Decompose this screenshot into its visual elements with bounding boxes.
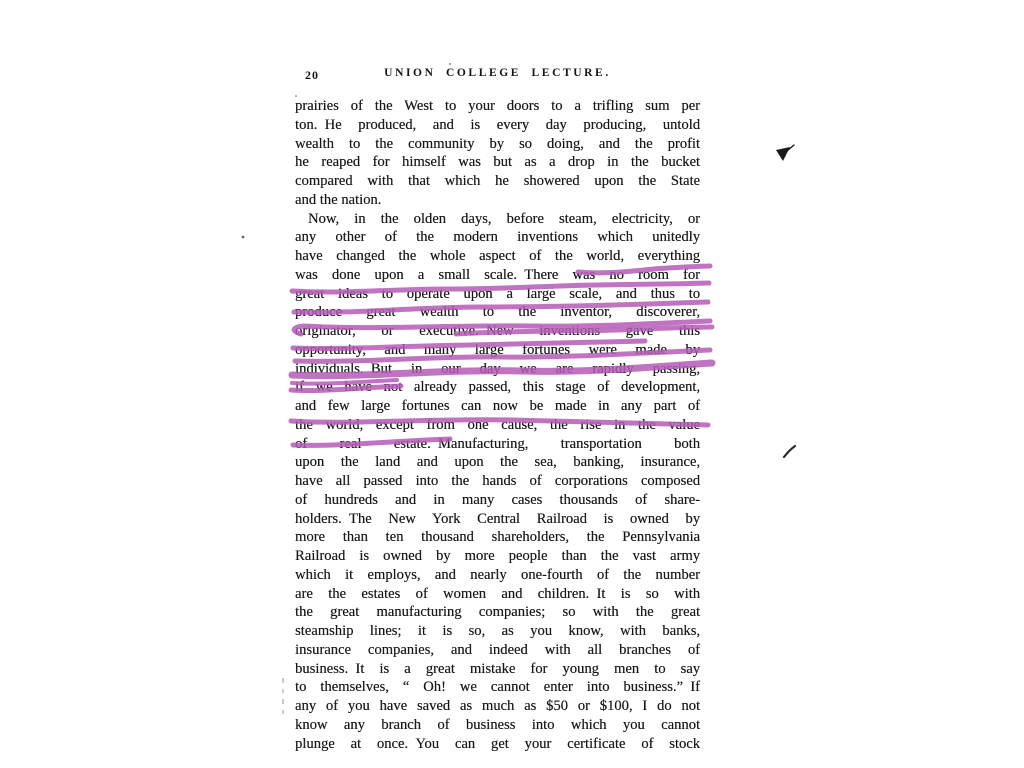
text-line: Railroad is owned by more people than th… — [295, 547, 700, 566]
text-line: the world, except from one cause, the ri… — [295, 416, 700, 435]
ink-speck — [449, 63, 451, 65]
margin-dash — [282, 710, 284, 714]
text-line: produce great wealth to the inventor, di… — [295, 303, 700, 322]
margin-dash — [282, 678, 284, 683]
text-line: wealth to the community by so doing, and… — [295, 135, 700, 154]
text-line: originator, or executive. New inventions… — [295, 322, 700, 341]
text-line: plunge at once. You can get your certifi… — [295, 735, 700, 754]
text-line: have changed the whole aspect of the wor… — [295, 247, 700, 266]
ink-mark-arrow — [776, 147, 790, 161]
page-text: prairies of the West to your doors to a … — [295, 97, 700, 753]
text-line: know any branch of business into which y… — [295, 716, 700, 735]
text-line: upon the land and upon the sea, banking,… — [295, 453, 700, 472]
text-line: compared with that which he showered upo… — [295, 172, 700, 191]
text-line: Now, in the olden days, before steam, el… — [295, 210, 700, 229]
text-line: of hundreds and in many cases thousands … — [295, 491, 700, 510]
text-line: ton. He produced, and is every day produ… — [295, 116, 700, 135]
text-line: any of you have saved as much as $50 or … — [295, 697, 700, 716]
text-line: the great manufacturing companies; so wi… — [295, 603, 700, 622]
text-line: individuals. But in our day we are rapid… — [295, 360, 700, 379]
ink-mark-arrow-tail — [787, 145, 794, 151]
text-line: holders. The New York Central Railroad i… — [295, 510, 700, 529]
text-line: prairies of the West to your doors to a … — [295, 97, 700, 116]
running-header: UNION COLLEGE LECTURE. — [295, 67, 700, 79]
ink-speck — [242, 236, 245, 239]
text-line: to themselves, “ Oh! we cannot enter int… — [295, 678, 700, 697]
text-line: business. It is a great mistake for youn… — [295, 660, 700, 679]
text-line: if we have not already passed, this stag… — [295, 378, 700, 397]
text-line: steamship lines; it is so, as you know, … — [295, 622, 700, 641]
text-line: insurance companies, and indeed with all… — [295, 641, 700, 660]
text-line: and the nation. — [295, 191, 700, 210]
text-line: are the estates of women and children. I… — [295, 585, 700, 604]
ink-mark-slash — [784, 446, 795, 457]
text-line: which it employs, and nearly one-fourth … — [295, 566, 700, 585]
text-line: have all passed into the hands of corpor… — [295, 472, 700, 491]
text-line: great ideas to operate upon a large scal… — [295, 285, 700, 304]
text-line: and few large fortunes can now be made i… — [295, 397, 700, 416]
text-line: more than ten thousand shareholders, the… — [295, 528, 700, 547]
text-line: he reaped for himself was but as a drop … — [295, 153, 700, 172]
text-line: any other of the modern inventions which… — [295, 228, 700, 247]
margin-dash — [282, 699, 284, 704]
text-line: of real estate. Manufacturing, transport… — [295, 435, 700, 454]
margin-dash — [282, 689, 284, 693]
scanned-book-page: 20 UNION COLLEGE LECTURE. prairies of th… — [0, 0, 1024, 768]
text-line: opportunity, and many large fortunes wer… — [295, 341, 700, 360]
text-line: was done upon a small scale. There was n… — [295, 266, 700, 285]
